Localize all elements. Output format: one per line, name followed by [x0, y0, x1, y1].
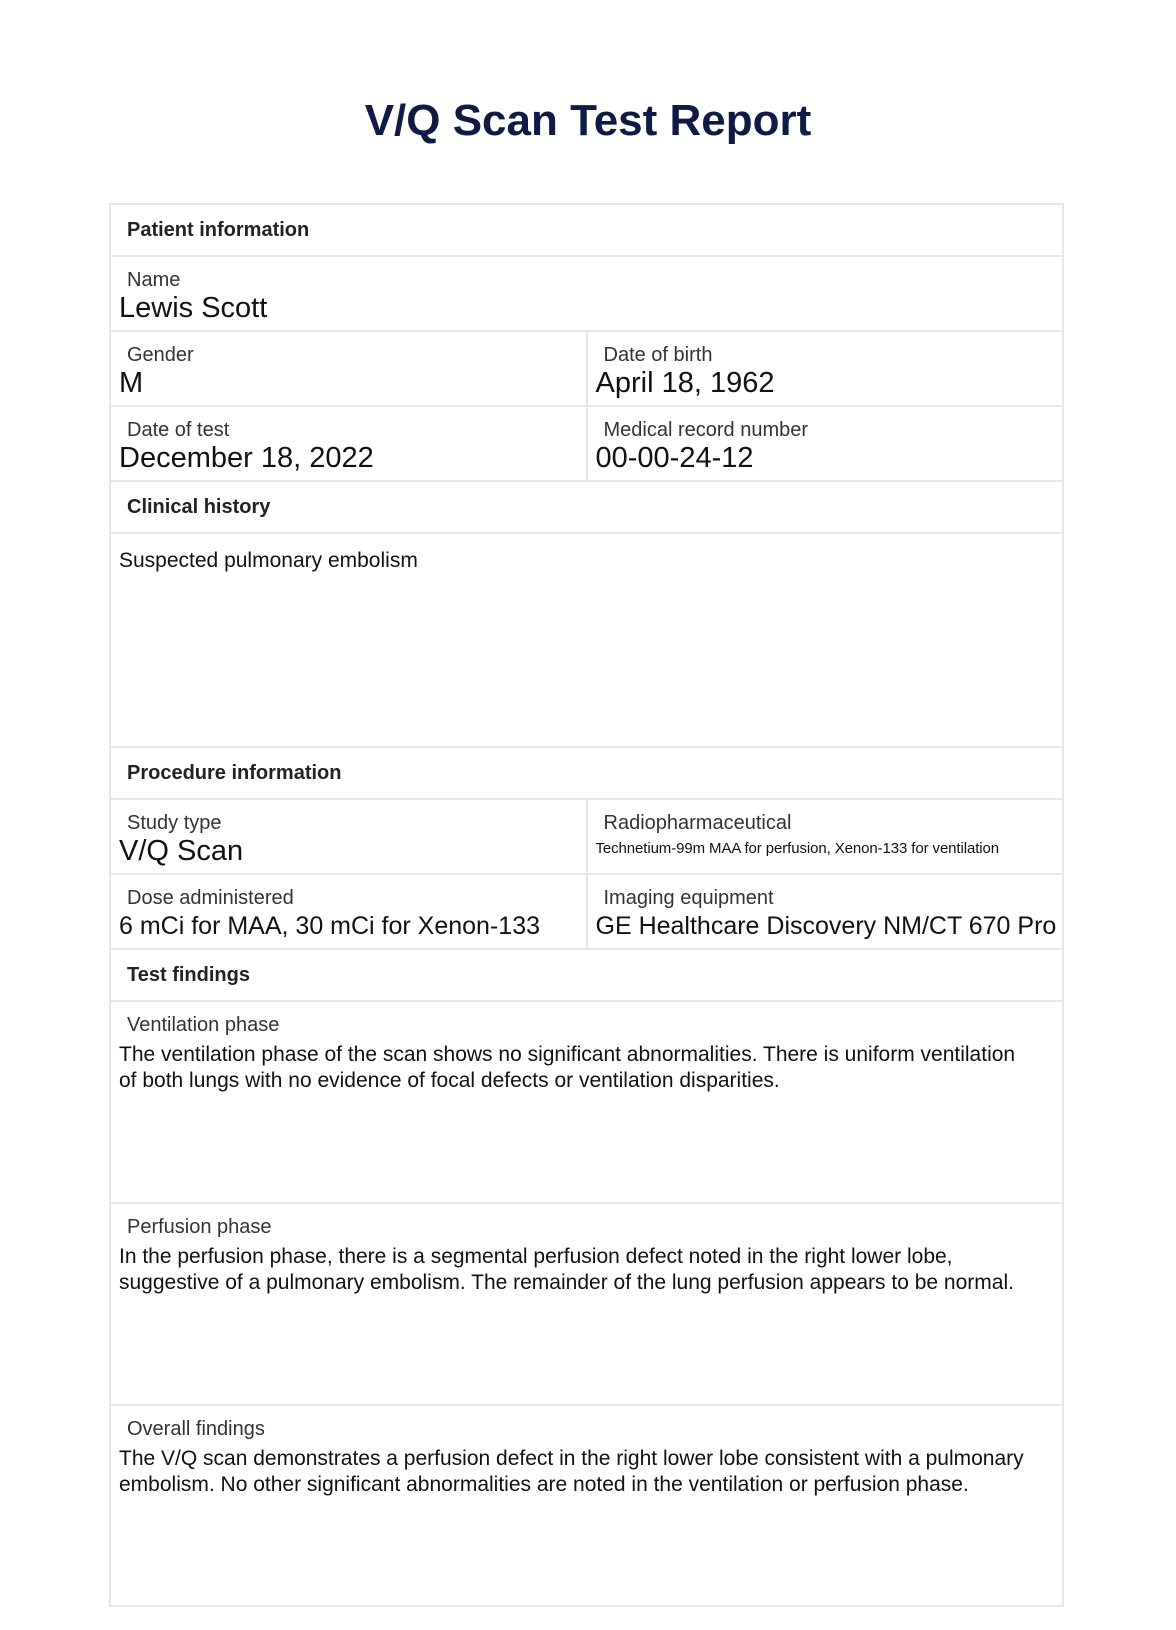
- procedure-information-header-row: Procedure information: [111, 748, 1062, 800]
- test-date-label: Date of test: [127, 407, 586, 441]
- radiopharmaceutical-label: Radiopharmaceutical: [604, 800, 1063, 834]
- ventilation-row: Ventilation phase The ventilation phase …: [111, 1002, 1062, 1204]
- test-findings-heading: Test findings: [111, 950, 250, 1000]
- patient-information-header-row: Patient information: [111, 205, 1062, 257]
- name-value: Lewis Scott: [119, 291, 1062, 325]
- name-row: Name Lewis Scott: [111, 257, 1062, 332]
- dose-field[interactable]: Dose administered 6 mCi for MAA, 30 mCi …: [111, 875, 586, 948]
- clinical-history-row: Suspected pulmonary embolism: [111, 534, 1062, 748]
- equipment-value: GE Healthcare Discovery NM/CT 670 Pro: [596, 909, 1063, 943]
- clinical-history-heading: Clinical history: [111, 482, 270, 532]
- patient-information-heading: Patient information: [111, 205, 309, 255]
- radiopharmaceutical-field[interactable]: Radiopharmaceutical Technetium-99m MAA f…: [586, 800, 1063, 873]
- test-date-mrn-row: Date of test December 18, 2022 Medical r…: [111, 407, 1062, 482]
- ventilation-field[interactable]: Ventilation phase The ventilation phase …: [111, 1002, 1062, 1202]
- study-type-value: V/Q Scan: [119, 834, 586, 868]
- gender-label: Gender: [127, 332, 586, 366]
- dob-label: Date of birth: [604, 332, 1063, 366]
- equipment-label: Imaging equipment: [604, 875, 1063, 909]
- equipment-field[interactable]: Imaging equipment GE Healthcare Discover…: [586, 875, 1063, 948]
- perfusion-text: In the perfusion phase, there is a segme…: [119, 1244, 1032, 1296]
- study-type-field[interactable]: Study type V/Q Scan: [111, 800, 586, 873]
- test-findings-header-row: Test findings: [111, 950, 1062, 1002]
- clinical-history-header-row: Clinical history: [111, 482, 1062, 534]
- gender-dob-row: Gender M Date of birth April 18, 1962: [111, 332, 1062, 407]
- procedure-information-heading: Procedure information: [111, 748, 341, 798]
- dose-value: 6 mCi for MAA, 30 mCi for Xenon-133: [119, 909, 586, 943]
- perfusion-row: Perfusion phase In the perfusion phase, …: [111, 1204, 1062, 1406]
- perfusion-field[interactable]: Perfusion phase In the perfusion phase, …: [111, 1204, 1062, 1404]
- mrn-value: 00-00-24-12: [596, 441, 1063, 475]
- perfusion-label: Perfusion phase: [127, 1216, 1032, 1238]
- mrn-label: Medical record number: [604, 407, 1063, 441]
- gender-field[interactable]: Gender M: [111, 332, 586, 405]
- study-type-label: Study type: [127, 800, 586, 834]
- name-field[interactable]: Name Lewis Scott: [111, 257, 1062, 330]
- ventilation-label: Ventilation phase: [127, 1014, 1032, 1036]
- gender-value: M: [119, 366, 586, 400]
- dob-value: April 18, 1962: [596, 366, 1063, 400]
- dose-equipment-row: Dose administered 6 mCi for MAA, 30 mCi …: [111, 875, 1062, 950]
- radiopharmaceutical-value: Technetium-99m MAA for perfusion, Xenon-…: [596, 834, 1063, 864]
- ventilation-text: The ventilation phase of the scan shows …: [119, 1042, 1032, 1094]
- overall-findings-text: The V/Q scan demonstrates a perfusion de…: [119, 1446, 1032, 1498]
- name-label: Name: [127, 257, 1062, 291]
- overall-row: Overall findings The V/Q scan demonstrat…: [111, 1406, 1062, 1605]
- study-radiopharm-row: Study type V/Q Scan Radiopharmaceutical …: [111, 800, 1062, 875]
- clinical-history-text[interactable]: Suspected pulmonary embolism: [111, 534, 428, 746]
- overall-findings-label: Overall findings: [127, 1418, 1032, 1440]
- overall-findings-field[interactable]: Overall findings The V/Q scan demonstrat…: [111, 1406, 1062, 1605]
- report-title: V/Q Scan Test Report: [0, 96, 1176, 146]
- report-form: Patient information Name Lewis Scott Gen…: [109, 203, 1064, 1607]
- dob-field[interactable]: Date of birth April 18, 1962: [586, 332, 1063, 405]
- test-date-field[interactable]: Date of test December 18, 2022: [111, 407, 586, 480]
- test-date-value: December 18, 2022: [119, 441, 586, 475]
- dose-label: Dose administered: [127, 875, 586, 909]
- mrn-field[interactable]: Medical record number 00-00-24-12: [586, 407, 1063, 480]
